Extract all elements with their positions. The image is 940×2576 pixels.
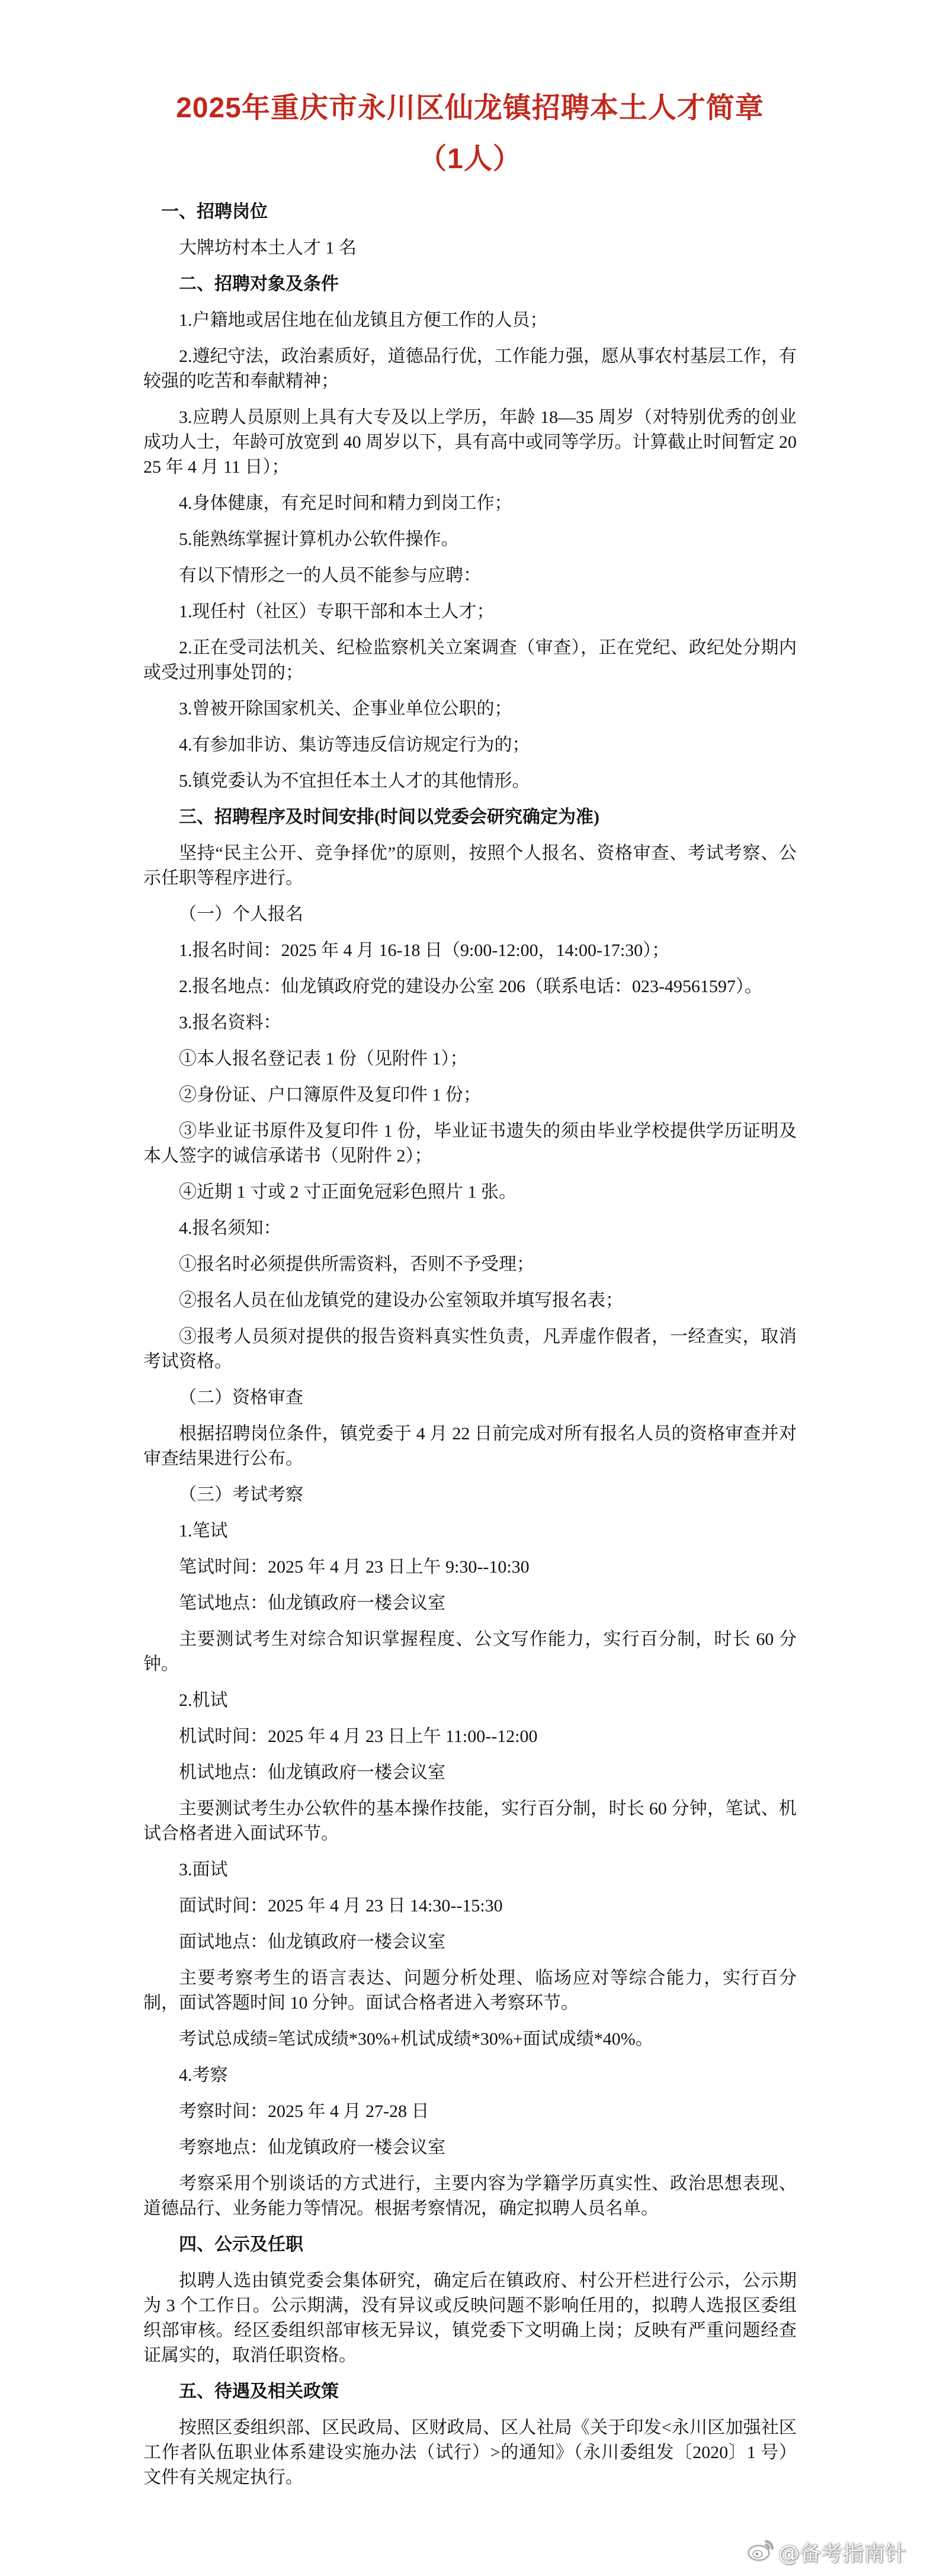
paragraph: 3.报名资料：	[143, 1010, 797, 1035]
paragraph: 5.镇党委认为不宜担任本土人才的其他情形。	[143, 769, 797, 794]
paragraph: 面试地点：仙龙镇政府一楼会议室	[143, 1930, 797, 1955]
paragraph: 4.考察	[143, 2063, 797, 2088]
paragraph: 3.曾被开除国家机关、企事业单位公职的；	[143, 697, 797, 721]
title-line-2: （1人）	[143, 134, 797, 185]
paragraph: 按照区委组织部、区民政局、区财政局、区人社局《关于印发<永川区加强社区工作者队伍…	[143, 2415, 797, 2490]
paragraph: ①报名时必须提供所需资料，否则不予受理；	[143, 1252, 797, 1277]
paragraph: 坚持“民主公开、竞争择优”的原则，按照个人报名、资格审查、考试考察、公示任职等程…	[143, 841, 797, 891]
section-heading: 五、待遇及相关政策	[143, 2379, 797, 2404]
paragraph: 2.遵纪守法，政治素质好，道德品行优，工作能力强，愿从事农村基层工作，有较强的吃…	[143, 344, 797, 394]
paragraph: ③毕业证书原件及复印件 1 份，毕业证书遗失的须由毕业学校提供学历证明及本人签字…	[143, 1119, 797, 1169]
paragraph: 根据招聘岗位条件，镇党委于 4 月 22 日前完成对所有报名人员的资格审查并对审…	[143, 1422, 797, 1471]
paragraph: 1.报名时间：2025 年 4 月 16-18 日（9:00-12:00，14:…	[143, 938, 797, 963]
document-page: 2025年重庆市永川区仙龙镇招聘本土人才简章 （1人） 一、招聘岗位大牌坊村本土…	[143, 83, 797, 2501]
paragraph: 考察采用个别谈话的方式进行，主要内容为学籍学历真实性、政治思想表现、道德品行、业…	[143, 2171, 797, 2221]
paragraph: 1.现任村（社区）专职干部和本土人才；	[143, 599, 797, 624]
paragraph: ④近期 1 寸或 2 寸正面免冠彩色照片 1 张。	[143, 1180, 797, 1205]
paragraph: ③报考人员须对提供的报告资料真实性负责，凡弄虚作假者，一经查实，取消考试资格。	[143, 1324, 797, 1374]
paragraph: 4.有参加非访、集访等违反信访规定行为的；	[143, 733, 797, 758]
paragraph: 4.报名须知：	[143, 1216, 797, 1241]
paragraph: 1.笔试	[143, 1519, 797, 1544]
paragraph: ②身份证、户口簿原件及复印件 1 份；	[143, 1083, 797, 1108]
section-heading: 四、公示及任职	[143, 2232, 797, 2257]
paragraph: 机试时间：2025 年 4 月 23 日上午 11:00--12:00	[143, 1724, 797, 1749]
paragraph: 2.报名地点：仙龙镇政府党的建设办公室 206（联系电话：023-4956159…	[143, 974, 797, 999]
paragraph: ①本人报名登记表 1 份（见附件 1）；	[143, 1047, 797, 1072]
section-heading: 二、招聘对象及条件	[143, 272, 797, 297]
paragraph: 主要考察考生的语言表达、问题分析处理、临场应对等综合能力，实行百分制，面试答题时…	[143, 1966, 797, 2016]
weibo-logo-icon	[747, 2537, 775, 2567]
paragraph: 主要测试考生办公软件的基本操作技能，实行百分制，时长 60 分钟，笔试、机试合格…	[143, 1797, 797, 1846]
paragraph: 主要测试考生对综合知识掌握程度、公文写作能力，实行百分制，时长 60 分钟。	[143, 1627, 797, 1677]
paragraph: 5.能熟练掌握计算机办公软件操作。	[143, 527, 797, 552]
paragraph: 笔试时间：2025 年 4 月 23 日上午 9:30--10:30	[143, 1555, 797, 1580]
paragraph: 3.应聘人员原则上具有大专及以上学历，年龄 18—35 周岁（对特别优秀的创业成…	[143, 405, 797, 480]
paragraph: 拟聘人选由镇党委会集体研究，确定后在镇政府、村公开栏进行公示，公示期为 3 个工…	[143, 2269, 797, 2368]
watermark: @备考指南针	[747, 2534, 906, 2569]
paragraph: ②报名人员在仙龙镇党的建设办公室领取并填写报名表；	[143, 1288, 797, 1313]
paragraph: 面试时间：2025 年 4 月 23 日 14:30--15:30	[143, 1894, 797, 1919]
paragraph: 考察地点：仙龙镇政府一楼会议室	[143, 2135, 797, 2160]
paragraph: 大牌坊村本土人才 1 名	[143, 236, 797, 261]
watermark-text: @备考指南针	[778, 2537, 906, 2567]
title-line-1: 2025年重庆市永川区仙龙镇招聘本土人才简章	[143, 83, 797, 134]
section-heading: 一、招聘岗位	[143, 200, 797, 224]
document-body: 一、招聘岗位大牌坊村本土人才 1 名二、招聘对象及条件1.户籍地或居住地在仙龙镇…	[143, 200, 797, 2490]
paragraph: 考试总成绩=笔试成绩*30%+机试成绩*30%+面试成绩*40%。	[143, 2027, 797, 2052]
paragraph: 1.户籍地或居住地在仙龙镇且方便工作的人员；	[143, 308, 797, 333]
paragraph: 2.机试	[143, 1688, 797, 1713]
paragraph: （三）考试考察	[143, 1483, 797, 1507]
paragraph: 3.面试	[143, 1858, 797, 1882]
paragraph: 笔试地点：仙龙镇政府一楼会议室	[143, 1591, 797, 1616]
paragraph: （二）资格审查	[143, 1385, 797, 1410]
document-title: 2025年重庆市永川区仙龙镇招聘本土人才简章 （1人）	[143, 83, 797, 185]
section-heading: 三、招聘程序及时间安排(时间以党委会研究确定为准)	[143, 805, 797, 830]
paragraph: （一）个人报名	[143, 902, 797, 927]
paragraph: 2.正在受司法机关、纪检监察机关立案调查（审查），正在党纪、政纪处分期内或受过刑…	[143, 636, 797, 685]
paragraph: 考察时间：2025 年 4 月 27-28 日	[143, 2099, 797, 2124]
paragraph: 机试地点：仙龙镇政府一楼会议室	[143, 1760, 797, 1785]
paragraph: 4.身体健康，有充足时间和精力到岗工作；	[143, 491, 797, 516]
paragraph: 有以下情形之一的人员不能参与应聘：	[143, 563, 797, 588]
